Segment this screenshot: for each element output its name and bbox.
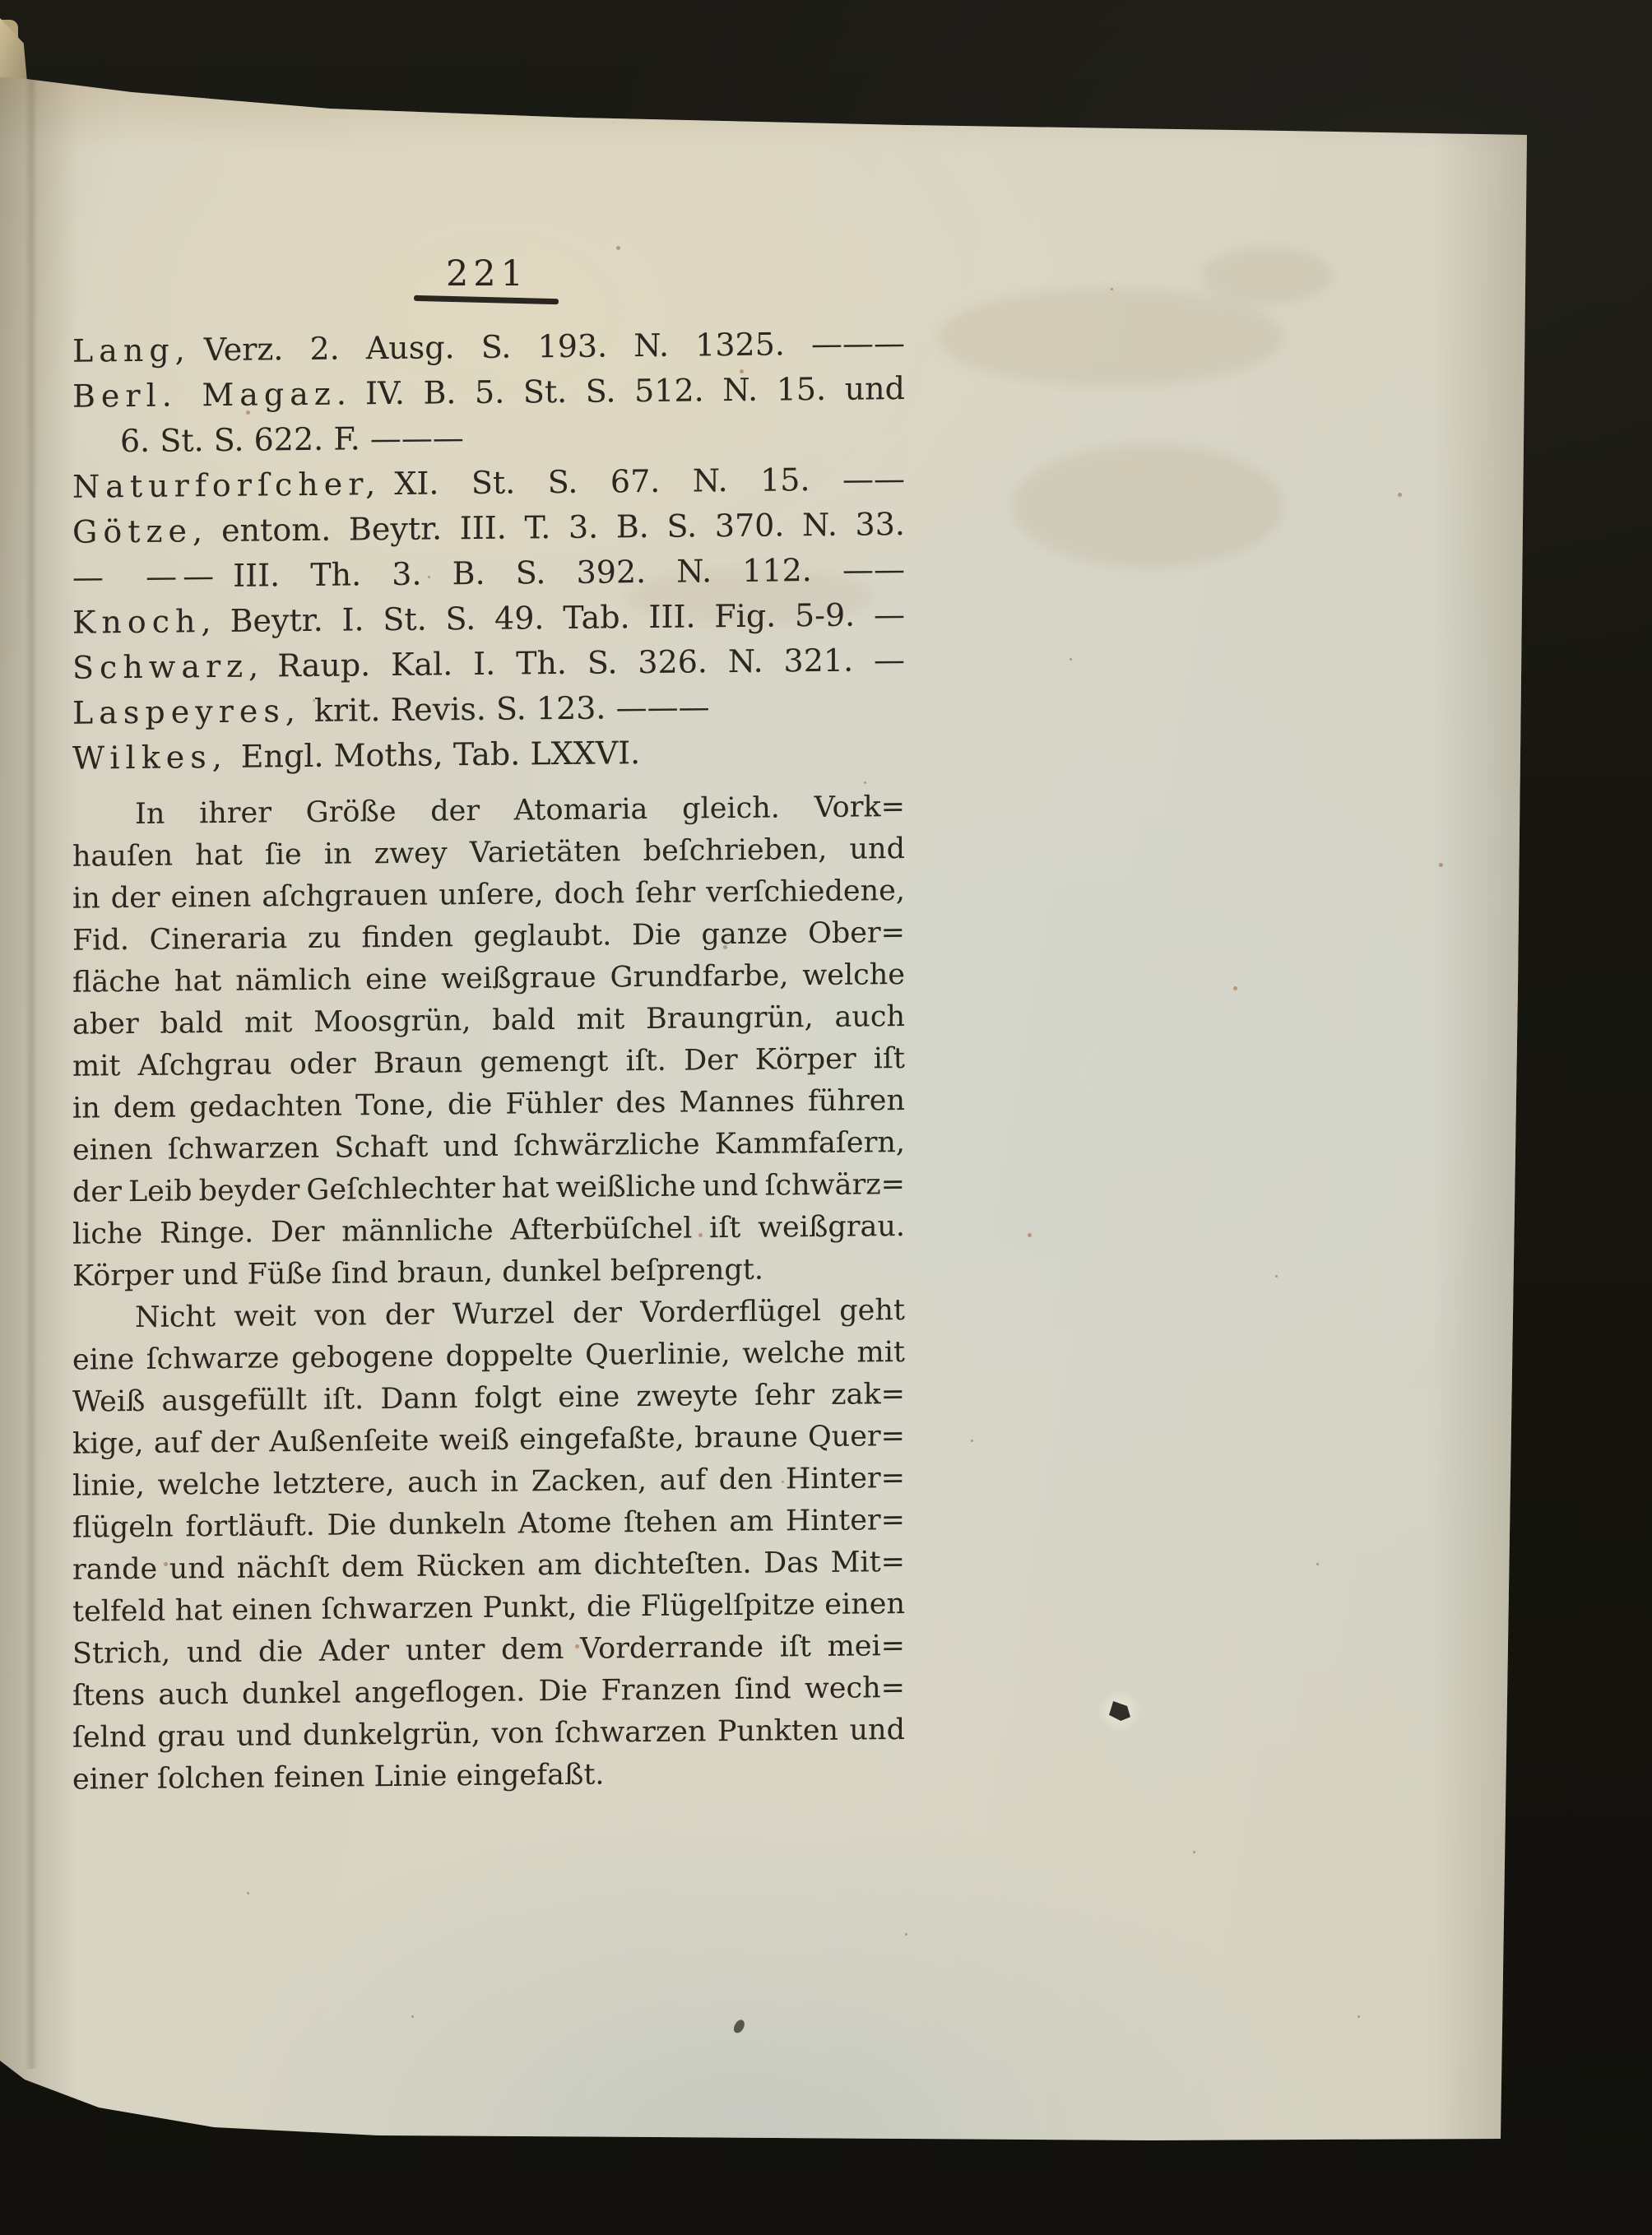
gutter-shadow [0,0,78,2235]
small-ink-mark [731,2018,746,2034]
bib-citation: Engl. Moths, Tab. LXXVI. [241,735,640,775]
bib-line: — ——III. Th. 3. B. S. 392. N. 112. —— [72,547,905,600]
book-page: 221 Lang,Verz. 2. Ausg. S. 193. N. 1325.… [0,0,1652,2235]
text-column: Lang,Verz. 2. Ausg. S. 193. N. 1325. ———… [72,321,905,1801]
paper-fiber-specks [0,0,2,2]
bib-citation: Beytr. I. St. S. 49. Tab. III. Fig. 5-9.… [230,596,905,639]
top-edge-stain [0,72,1652,151]
bib-citation: 6. St. S. 622. F. ——— [120,420,464,459]
text-line: ſelnd grau und dunkelgrün, von ſchwarzen… [72,1709,905,1760]
bib-line: Schwarz,Raup. Kal. I. Th. S. 326. N. 321… [72,638,905,691]
bib-line: Naturforſcher,XI. St. S. 67. N. 15. —— [72,457,905,510]
bleedthrough-stain [1201,247,1333,304]
bib-author: Lang, [72,332,191,369]
paragraph: Nicht weit von der Wurzel der Vorderflüg… [72,1290,905,1801]
bib-author: Berl. Magaz. [72,375,352,414]
bib-author: Laspeyres, [72,693,301,731]
bibliography-block: Lang,Verz. 2. Ausg. S. 193. N. 1325. ———… [72,321,905,781]
bib-author: Naturforſcher, [72,466,381,505]
right-edge-shade [1432,123,1530,2147]
bib-ditto-dashes: — —— [72,558,220,596]
page-number-rule [414,295,559,304]
bib-line: Götze,entom. Beytr. III. T. 3. B. S. 370… [72,502,905,555]
bib-author: Wilkes, [72,739,228,777]
scan-background: 221 Lang,Verz. 2. Ausg. S. 193. N. 1325.… [0,0,1652,2235]
bib-line: 6. St. S. 622. F. ——— [72,411,905,465]
text-line: einer ſolchen feinen Linie eingefaßt. [72,1751,905,1801]
bib-citation: Verz. 2. Ausg. S. 193. N. 1325. ——— [204,325,905,368]
bib-citation: IV. B. 5. St. S. 512. N. 15. und [365,370,905,411]
binding-crease [25,78,38,2069]
bleedthrough-stain [1012,444,1283,568]
bib-line: Wilkes,Engl. Moths, Tab. LXXVI. [72,728,905,781]
bib-line: Lang,Verz. 2. Ausg. S. 193. N. 1325. ——— [72,321,905,374]
text-line: liche Ringe. Der männliche Afterbüſchel … [72,1206,905,1256]
bib-line: Berl. Magaz.IV. B. 5. St. S. 512. N. 15.… [72,366,905,420]
bib-line: Knoch,Beytr. I. St. S. 49. Tab. III. Fig… [72,592,905,646]
bib-citation: XI. St. S. 67. N. 15. —— [394,461,905,502]
bib-line: Laspeyres,krit. Revis. S. 123. ——— [72,683,905,736]
bib-citation: Raup. Kal. I. Th. S. 326. N. 321. — [277,642,905,684]
bleedthrough-stain [938,288,1283,387]
bib-citation: III. Th. 3. B. S. 392. N. 112. —— [233,551,905,594]
bib-citation: entom. Beytr. III. T. 3. B. S. 370. N. 3… [221,506,905,549]
paragraph: In ihrer Größe der Atomaria gleich. Vork… [72,786,905,1298]
bib-author: Knoch, [72,603,217,641]
bib-citation: krit. Revis. S. 123. ——— [314,689,710,729]
page-number: 221 [405,253,569,294]
bib-author: Schwarz, [72,647,264,685]
bib-author: Götze, [72,512,208,550]
